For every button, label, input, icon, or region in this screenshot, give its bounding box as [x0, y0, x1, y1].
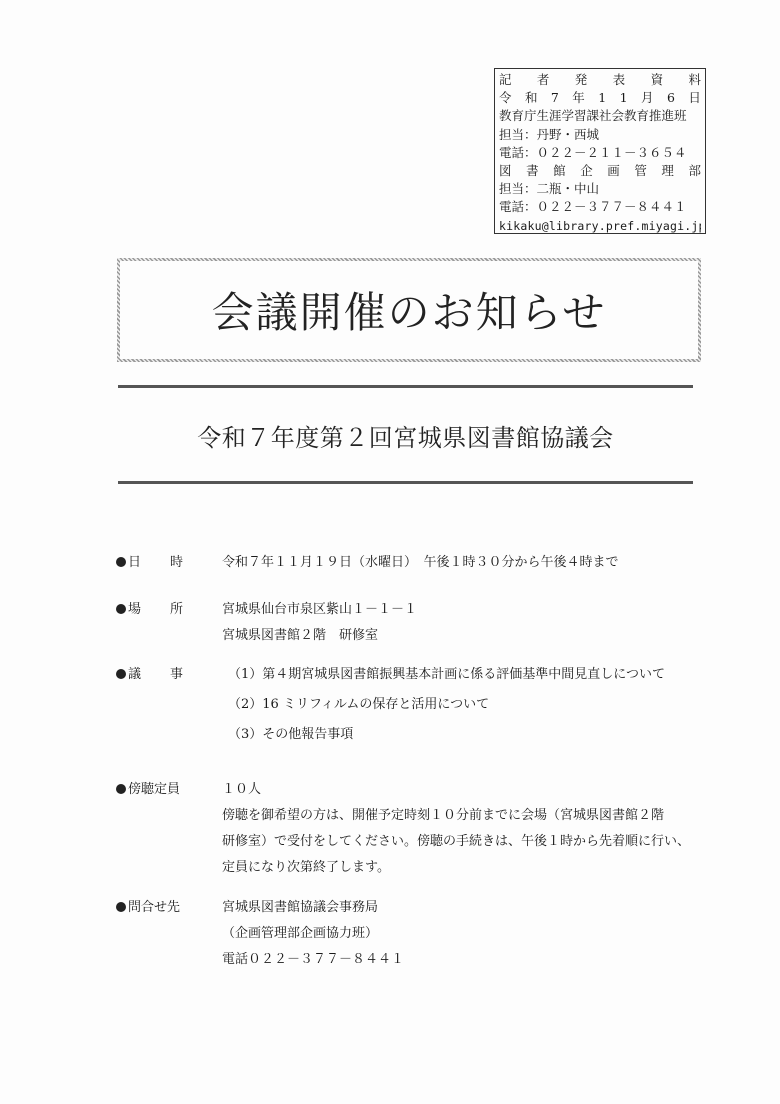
contact-label: 問合せ先 [116, 895, 180, 921]
audience-note: 傍聴を御希望の方は、開催予定時刻１０分前までに会場（宮城県図書館２階 [222, 803, 690, 829]
bullet-icon [116, 604, 126, 614]
datetime-value: 令和７年１１月１９日（水曜日） 午後１時３０分から午後４時まで [222, 550, 619, 576]
agenda-item: （1）第４期宮城県図書館振興基本計画に係る評価基準中間見直しについて [228, 660, 665, 690]
contact-person-2: 担当：二瓶・中山 [499, 180, 701, 198]
audience-label: 傍聴定員 [116, 777, 180, 803]
department-1: 教育庁生涯学習課社会教育推進班 [499, 107, 701, 125]
office-division: （企画管理部企画協力班） [222, 921, 404, 947]
bullet-icon [116, 669, 126, 679]
phone-1: 電話：０２２－２１１－３６５４ [499, 144, 701, 162]
release-date: 令 和 7 年 1 1 月 6 日 [499, 89, 701, 107]
place-value: 宮城県仙台市泉区紫山１－１－１ 宮城県図書館２階 研修室 [222, 597, 417, 649]
room: 宮城県図書館２階 研修室 [222, 623, 417, 649]
agenda-list: （1）第４期宮城県図書館振興基本計画に係る評価基準中間見直しについて （2）16… [228, 660, 665, 750]
title-frame: 会議開催のお知らせ [117, 258, 701, 362]
address: 宮城県仙台市泉区紫山１－１－１ [222, 597, 417, 623]
department-2: 図 書 館 企 画 管 理 部 [499, 162, 701, 180]
top-divider [118, 385, 693, 388]
bullet-icon [116, 902, 126, 912]
datetime-label: 日時 [116, 550, 183, 576]
meeting-name: 令和７年度第２回宮城県図書館協議会 [118, 418, 693, 453]
press-release-heading: 記 者 発 表 資 料 [499, 71, 701, 89]
audience-value: １０人 傍聴を御希望の方は、開催予定時刻１０分前までに会場（宮城県図書館２階 研… [222, 777, 690, 881]
bullet-icon [116, 784, 126, 794]
bottom-divider [118, 481, 693, 484]
agenda-item: （2）16 ミリフィルムの保存と活用について [228, 690, 665, 720]
office-phone: 電話０２２－３７７－８４４１ [222, 947, 404, 973]
contact-value: 宮城県図書館協議会事務局 （企画管理部企画協力班） 電話０２２－３７７－８４４１ [222, 895, 404, 973]
agenda-item: （3）その他報告事項 [228, 720, 665, 750]
bullet-icon [116, 557, 126, 567]
email-address: kikaku@library.pref.miyagi.jp [499, 217, 701, 235]
capacity: １０人 [222, 777, 690, 803]
press-release-info-box: 記 者 発 表 資 料 令 和 7 年 1 1 月 6 日 教育庁生涯学習課社会… [494, 68, 706, 234]
phone-2: 電話：０２２－３７７－８４４１ [499, 198, 701, 216]
agenda-label: 議事 [116, 662, 183, 688]
office-name: 宮城県図書館協議会事務局 [222, 895, 404, 921]
document-title: 会議開催のお知らせ [212, 280, 607, 340]
contact-person-1: 担当：丹野・西城 [499, 126, 701, 144]
place-label: 場所 [116, 597, 183, 623]
audience-note: 定員になり次第終了します。 [222, 855, 690, 881]
audience-note: 研修室）で受付をしてください。傍聴の手続きは、午後１時から先着順に行い、 [222, 829, 690, 855]
